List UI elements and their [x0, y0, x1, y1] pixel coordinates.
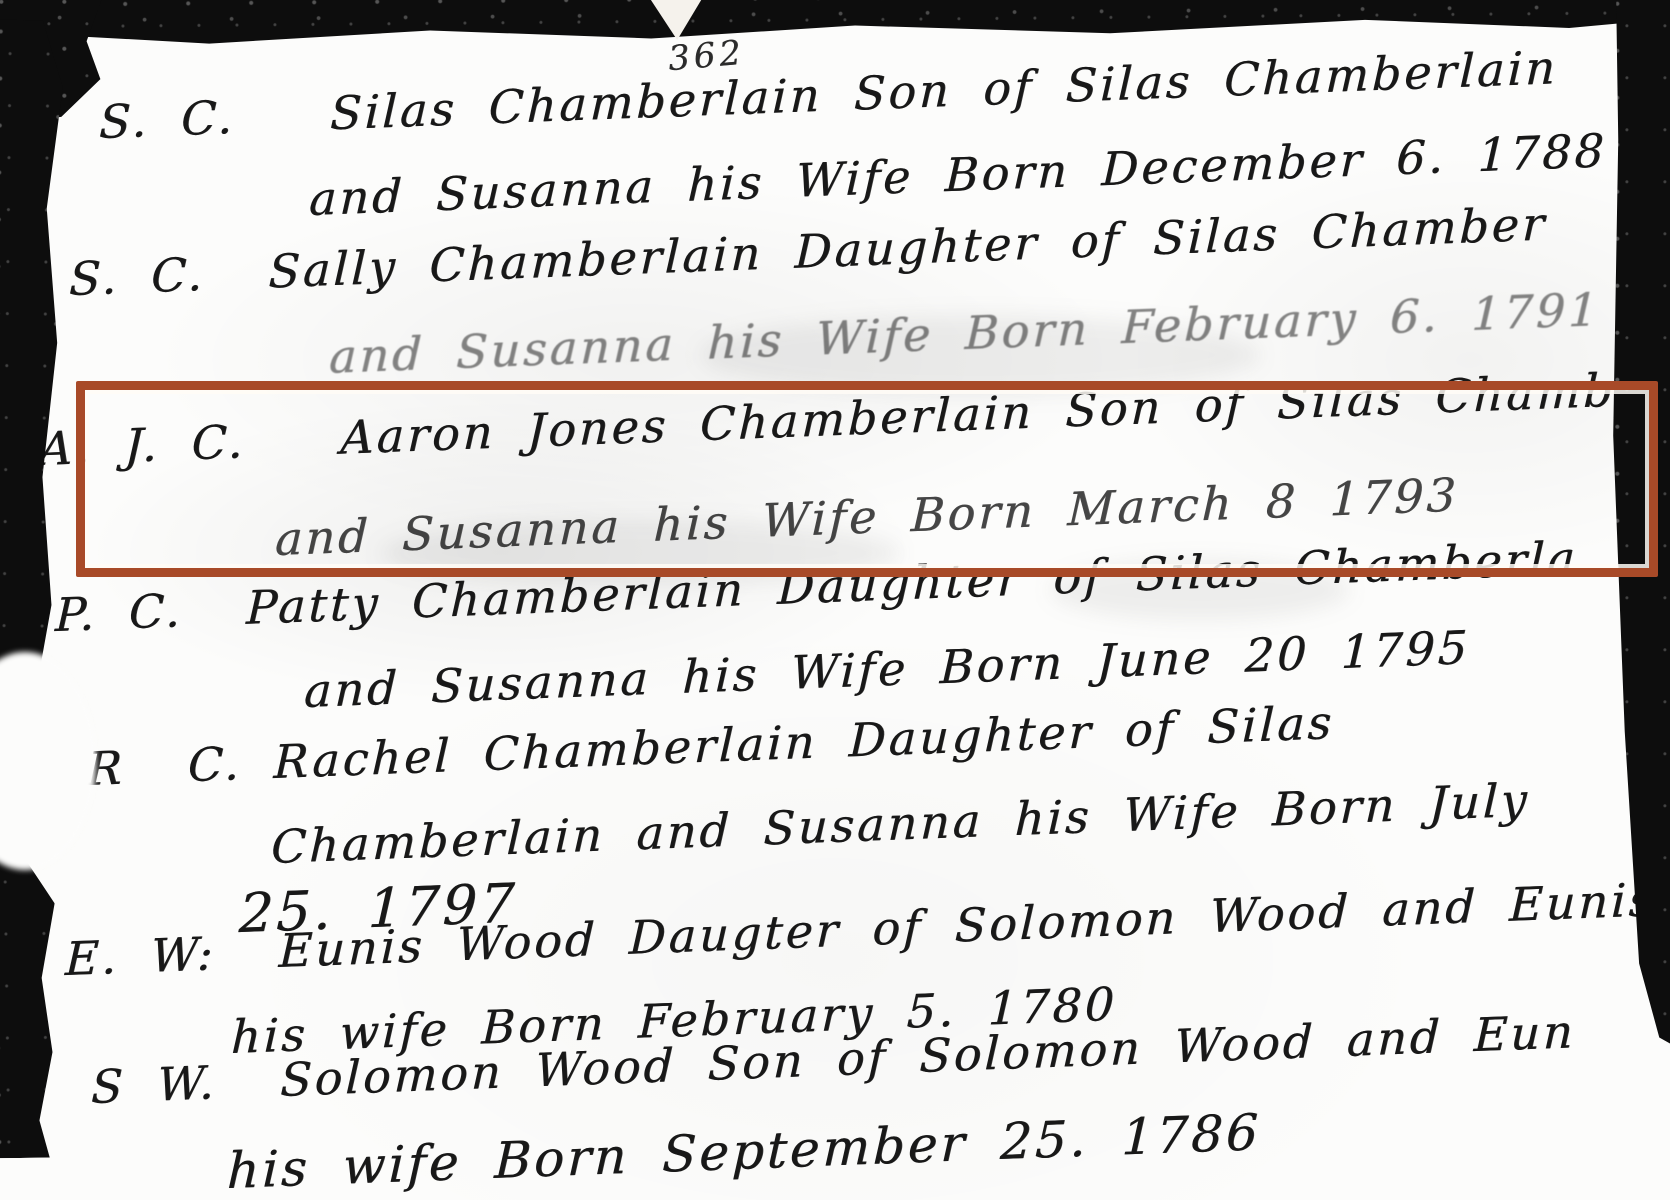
scanned-register-page: 362 S. C. Silas Chamberlain Son of Silas… [0, 0, 1670, 1200]
record-highlight-box[interactable] [76, 381, 1658, 577]
